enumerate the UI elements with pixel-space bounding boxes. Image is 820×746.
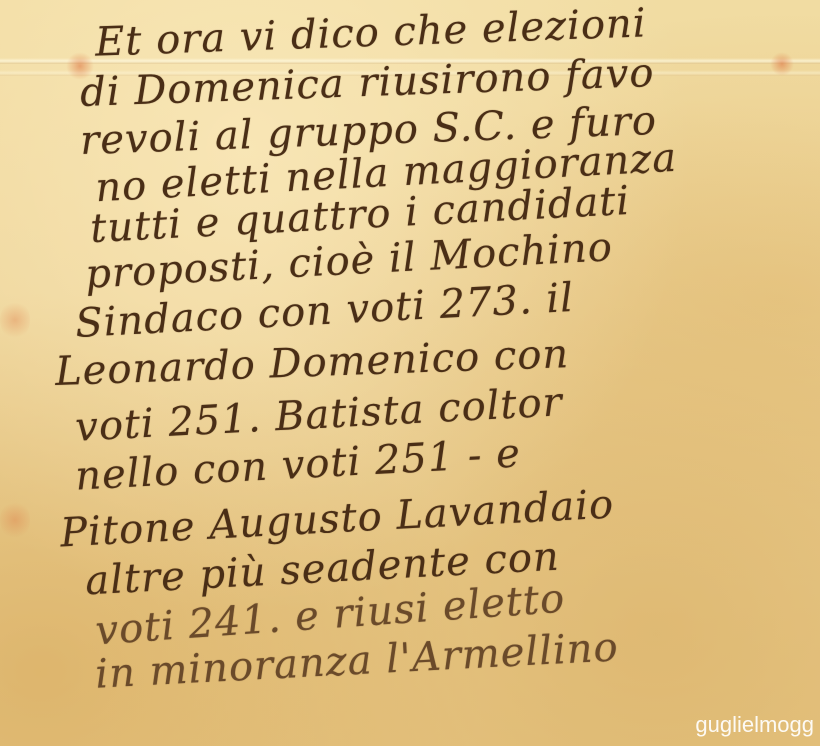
watermark: guglielmogg (695, 712, 814, 738)
handwritten-text: Et ora vi dico che elezioni di Domenica … (0, 0, 820, 746)
letter-page: Et ora vi dico che elezioni di Domenica … (0, 0, 820, 746)
